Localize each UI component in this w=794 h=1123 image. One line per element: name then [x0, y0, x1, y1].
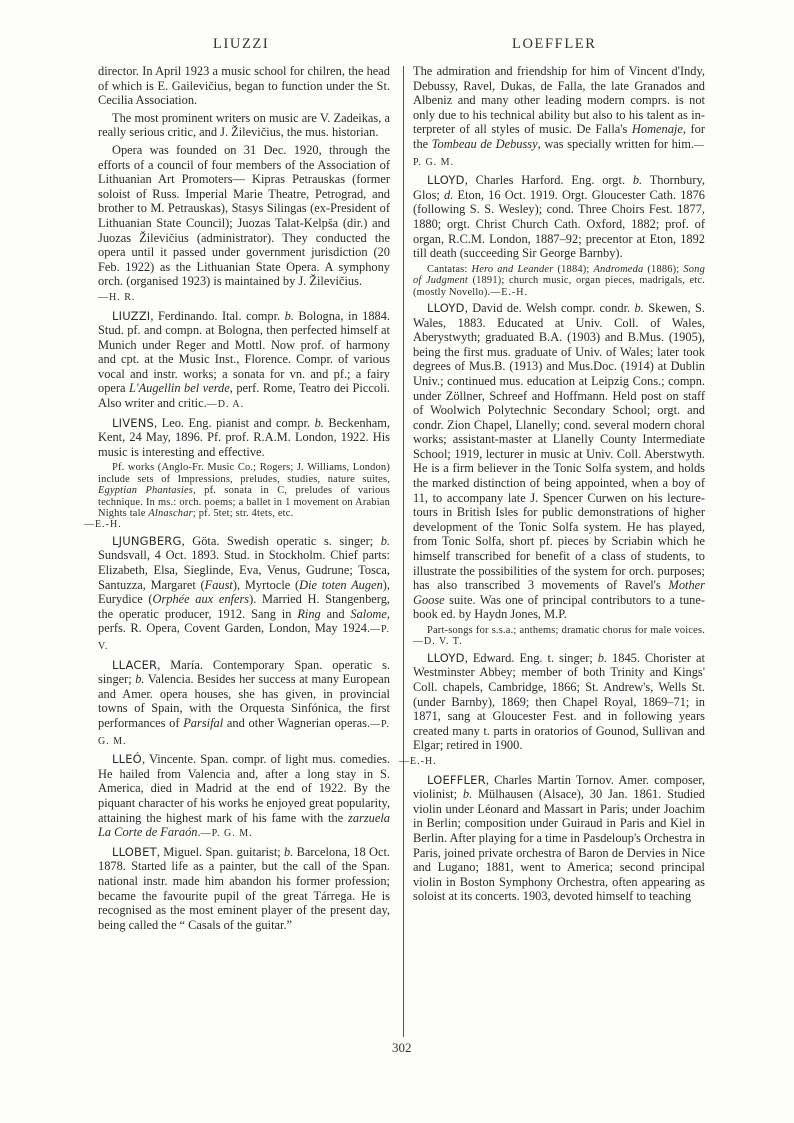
headword: LIUZZI [112, 309, 150, 323]
entry-llacer: LLACER, María. Contemporary Span. operat… [98, 658, 390, 750]
works-list: Cantatas: Hero and Leander (1884); Andro… [413, 264, 705, 298]
entry-llobet: LLOBET, Miguel. Span. guitarist; b. Bar­… [98, 845, 390, 933]
signature: —E.-H. [490, 287, 528, 298]
signature: —D. A. [207, 399, 244, 410]
entry-lloyd-david: LLOYD, David de. Welsh compr. condr. b. … [413, 301, 705, 622]
running-head-right: LOEFFLER [512, 36, 597, 53]
headword: LLOBET [112, 845, 157, 859]
column-divider [403, 66, 404, 1037]
headword: LIVENS [112, 416, 154, 430]
headword: LOEFFLER [427, 773, 486, 787]
headword: LLOYD [427, 173, 465, 187]
headword: LJUNGBERG [112, 534, 182, 548]
headword: LLOYD [427, 301, 465, 315]
paragraph: The admiration and friendship for him of… [413, 64, 705, 170]
works-list: Part-songs for s.s.a.; anthems; dramatic… [413, 625, 705, 648]
signature: —E.-H. [399, 756, 437, 767]
signature: —P. G. M. [201, 828, 253, 839]
signature: —H. R. [98, 292, 135, 303]
entry-liuzzi: LIUZZI, Ferdinando. Ital. compr. b. Bolo… [98, 309, 390, 413]
paragraph: Opera was founded on 31 Dec. 1920, throu… [98, 143, 390, 306]
headword: LLEÓ [112, 752, 142, 766]
signature: —D. V. T. [413, 636, 463, 647]
headword: LLACER [112, 658, 157, 672]
paragraph: The most prominent writers on music are … [98, 111, 390, 140]
entry-livens: LIVENS, Leo. Eng. pianist and compr. b. … [98, 416, 390, 460]
page-number: 302 [392, 1040, 412, 1056]
paragraph: director. In April 1923 a music school f… [98, 64, 390, 108]
right-column: The admiration and friendship for him of… [413, 64, 705, 907]
signature: —E.-H. [84, 519, 122, 530]
entry-lloyd-charles: LLOYD, Charles Harford. Eng. orgt. b. Th… [413, 173, 705, 261]
running-head-left: LIUZZI [213, 36, 269, 53]
entry-ljungberg: LJUNGBERG, Göta. Swedish operatic s. sin… [98, 534, 390, 655]
entry-lloyd-edward: LLOYD, Edward. Eng. t. singer; b. 1845. … [413, 651, 705, 770]
entry-lleo: LLEÓ, Vincente. Span. compr. of light mu… [98, 752, 390, 842]
left-column: director. In April 1923 a music school f… [98, 64, 390, 935]
works-list: Pf. works (Anglo-Fr. Music Co.; Rogers; … [98, 462, 390, 530]
headword: LLOYD [427, 651, 465, 665]
entry-loeffler: LOEFFLER, Charles Martin Tornov. Amer. c… [413, 773, 705, 904]
